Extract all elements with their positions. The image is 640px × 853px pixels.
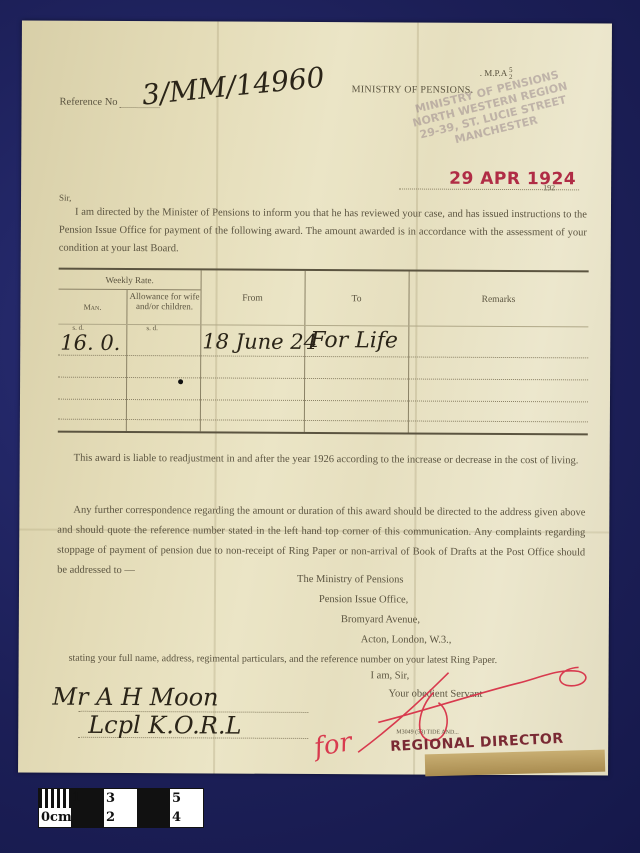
printer-line: M3049 (53) TIDE AND...	[396, 729, 459, 735]
curled-paper-corner	[425, 750, 606, 777]
table-row: 16. 0. 18 June 24 For Life	[22, 20, 612, 23]
reference-label: Reference No	[60, 97, 118, 108]
ink-dot	[178, 379, 183, 384]
row-line	[58, 377, 588, 381]
scale-label: 2	[104, 808, 137, 827]
address-line: Bromyard Avenue,	[341, 614, 420, 625]
row-line	[58, 355, 588, 359]
scale-cell	[137, 808, 170, 827]
address-line: Acton, London, W.3.,	[361, 634, 452, 645]
date-suffix: 192	[543, 183, 555, 192]
man-rate: 16. 0.	[60, 331, 120, 355]
scale-ticks	[39, 789, 71, 808]
date-stamp: 29 APR 1924	[449, 169, 576, 190]
allowance-units: s. d.	[146, 324, 158, 332]
address-line: Pension Issue Office,	[319, 594, 408, 605]
recipient-unit: Lcpl K.O.R.L	[88, 711, 241, 740]
header-divider	[58, 324, 588, 328]
table-bottom-rule	[58, 431, 588, 436]
weekly-rate-header: Weekly Rate.	[59, 275, 201, 286]
remarks-header: Remarks	[408, 294, 588, 305]
table-top-rule	[59, 268, 589, 273]
scale-label: 4	[170, 808, 203, 827]
scale-label: 1	[72, 790, 81, 805]
form-code: . M.P.A 52	[480, 67, 513, 81]
salutation: Sir,	[59, 193, 71, 203]
pension-letter: . M.P.A 52 MINISTRY OF PENSIONS. MINISTR…	[18, 20, 612, 775]
from-header: From	[200, 293, 304, 304]
intro-paragraph: I am directed by the Minister of Pension…	[59, 204, 587, 261]
scale-label: 3	[104, 789, 137, 808]
scale-cell	[137, 789, 170, 808]
row-line	[58, 399, 588, 403]
to-header: To	[304, 294, 408, 305]
man-header: Man.	[58, 303, 126, 312]
scale-label: 0cm	[39, 808, 71, 827]
address-line: The Ministry of Pensions	[297, 574, 404, 586]
scale-label: 5	[170, 789, 203, 808]
readjustment-paragraph: This award is liable to readjustment in …	[58, 449, 586, 472]
allowance-header: Allowance for wife and/or children.	[128, 291, 200, 311]
from-date: 18 June 24	[202, 329, 317, 354]
scale-bar: 3 5 0cm 2 4	[38, 788, 204, 828]
scale-cell	[71, 808, 104, 827]
reference-number: 3/MM/14960	[140, 61, 325, 112]
correspondence-paragraph: Any further correspondence regarding the…	[57, 501, 585, 584]
row-line	[58, 419, 588, 423]
recipient-name: Mr A H Moon	[52, 683, 218, 712]
to-date: For Life	[310, 328, 398, 353]
